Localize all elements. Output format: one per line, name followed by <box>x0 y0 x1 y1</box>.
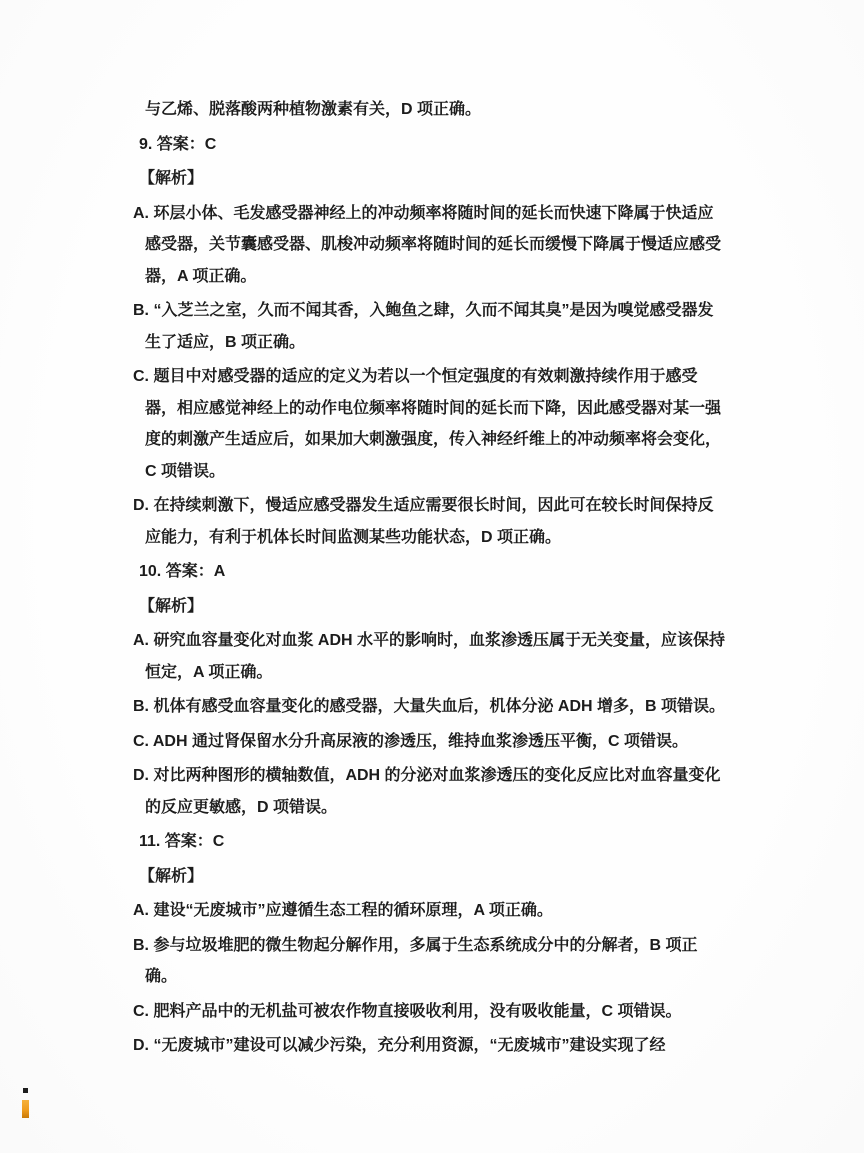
paragraph-continuation: 与乙烯、脱落酸两种植物激素有关，D 项正确。 <box>145 94 729 126</box>
option-b-q10: B. 机体有感受血容量变化的感受器，大量失血后，机体分泌 ADH 增多，B 项错… <box>145 691 729 723</box>
analysis-label-q11: 【解析】 <box>145 861 729 893</box>
option-a-q10: A. 研究血容量变化对血浆 ADH 水平的影响时，血浆渗透压属于无关变量，应该保… <box>145 625 729 688</box>
option-d-q9: D. 在持续刺激下，慢适应感受器发生适应需要很长时间，因此可在较长时间保持反应能… <box>145 490 729 553</box>
option-a-q11: A. 建设“无废城市”应遵循生态工程的循环原理，A 项正确。 <box>145 895 729 927</box>
option-c-q9: C. 题目中对感受器的适应的定义为若以一个恒定强度的有效刺激持续作用于感受器，相… <box>145 361 729 487</box>
watermark-orange-bar-icon <box>22 1100 29 1118</box>
analysis-label-q10: 【解析】 <box>145 591 729 623</box>
analysis-label-q9: 【解析】 <box>145 163 729 195</box>
answer-line-q10: 10. 答案：A <box>145 556 729 588</box>
option-b-q11: B. 参与垃圾堆肥的微生物起分解作用，多属于生态系统成分中的分解者，B 项正确。 <box>145 930 729 993</box>
option-d-q10: D. 对比两种图形的横轴数值，ADH 的分泌对血浆渗透压的变化反应比对血容量变化… <box>145 760 729 823</box>
option-b-q9: B. “入芝兰之室，久而不闻其香，入鲍鱼之肆，久而不闻其臭”是因为嗅觉感受器发生… <box>145 295 729 358</box>
option-c-q11: C. 肥料产品中的无机盐可被农作物直接吸收利用，没有吸收能量，C 项错误。 <box>145 996 729 1028</box>
answer-line-q9: 9. 答案：C <box>145 129 729 161</box>
watermark-square-dot-icon <box>23 1088 28 1093</box>
option-d-q11: D. “无废城市”建设可以减少污染，充分利用资源，“无废城市”建设实现了经 <box>145 1030 729 1062</box>
answer-line-q11: 11. 答案：C <box>145 826 729 858</box>
option-a-q9: A. 环层小体、毛发感受器神经上的冲动频率将随时间的延长而快速下降属于快适应感受… <box>145 198 729 293</box>
document-page: 与乙烯、脱落酸两种植物激素有关，D 项正确。 9. 答案：C 【解析】 A. 环… <box>0 0 864 1153</box>
option-c-q10: C. ADH 通过肾保留水分升高尿液的渗透压，维持血浆渗透压平衡，C 项错误。 <box>145 726 729 758</box>
answer-key-text-block: 与乙烯、脱落酸两种植物激素有关，D 项正确。 9. 答案：C 【解析】 A. 环… <box>145 94 729 1065</box>
